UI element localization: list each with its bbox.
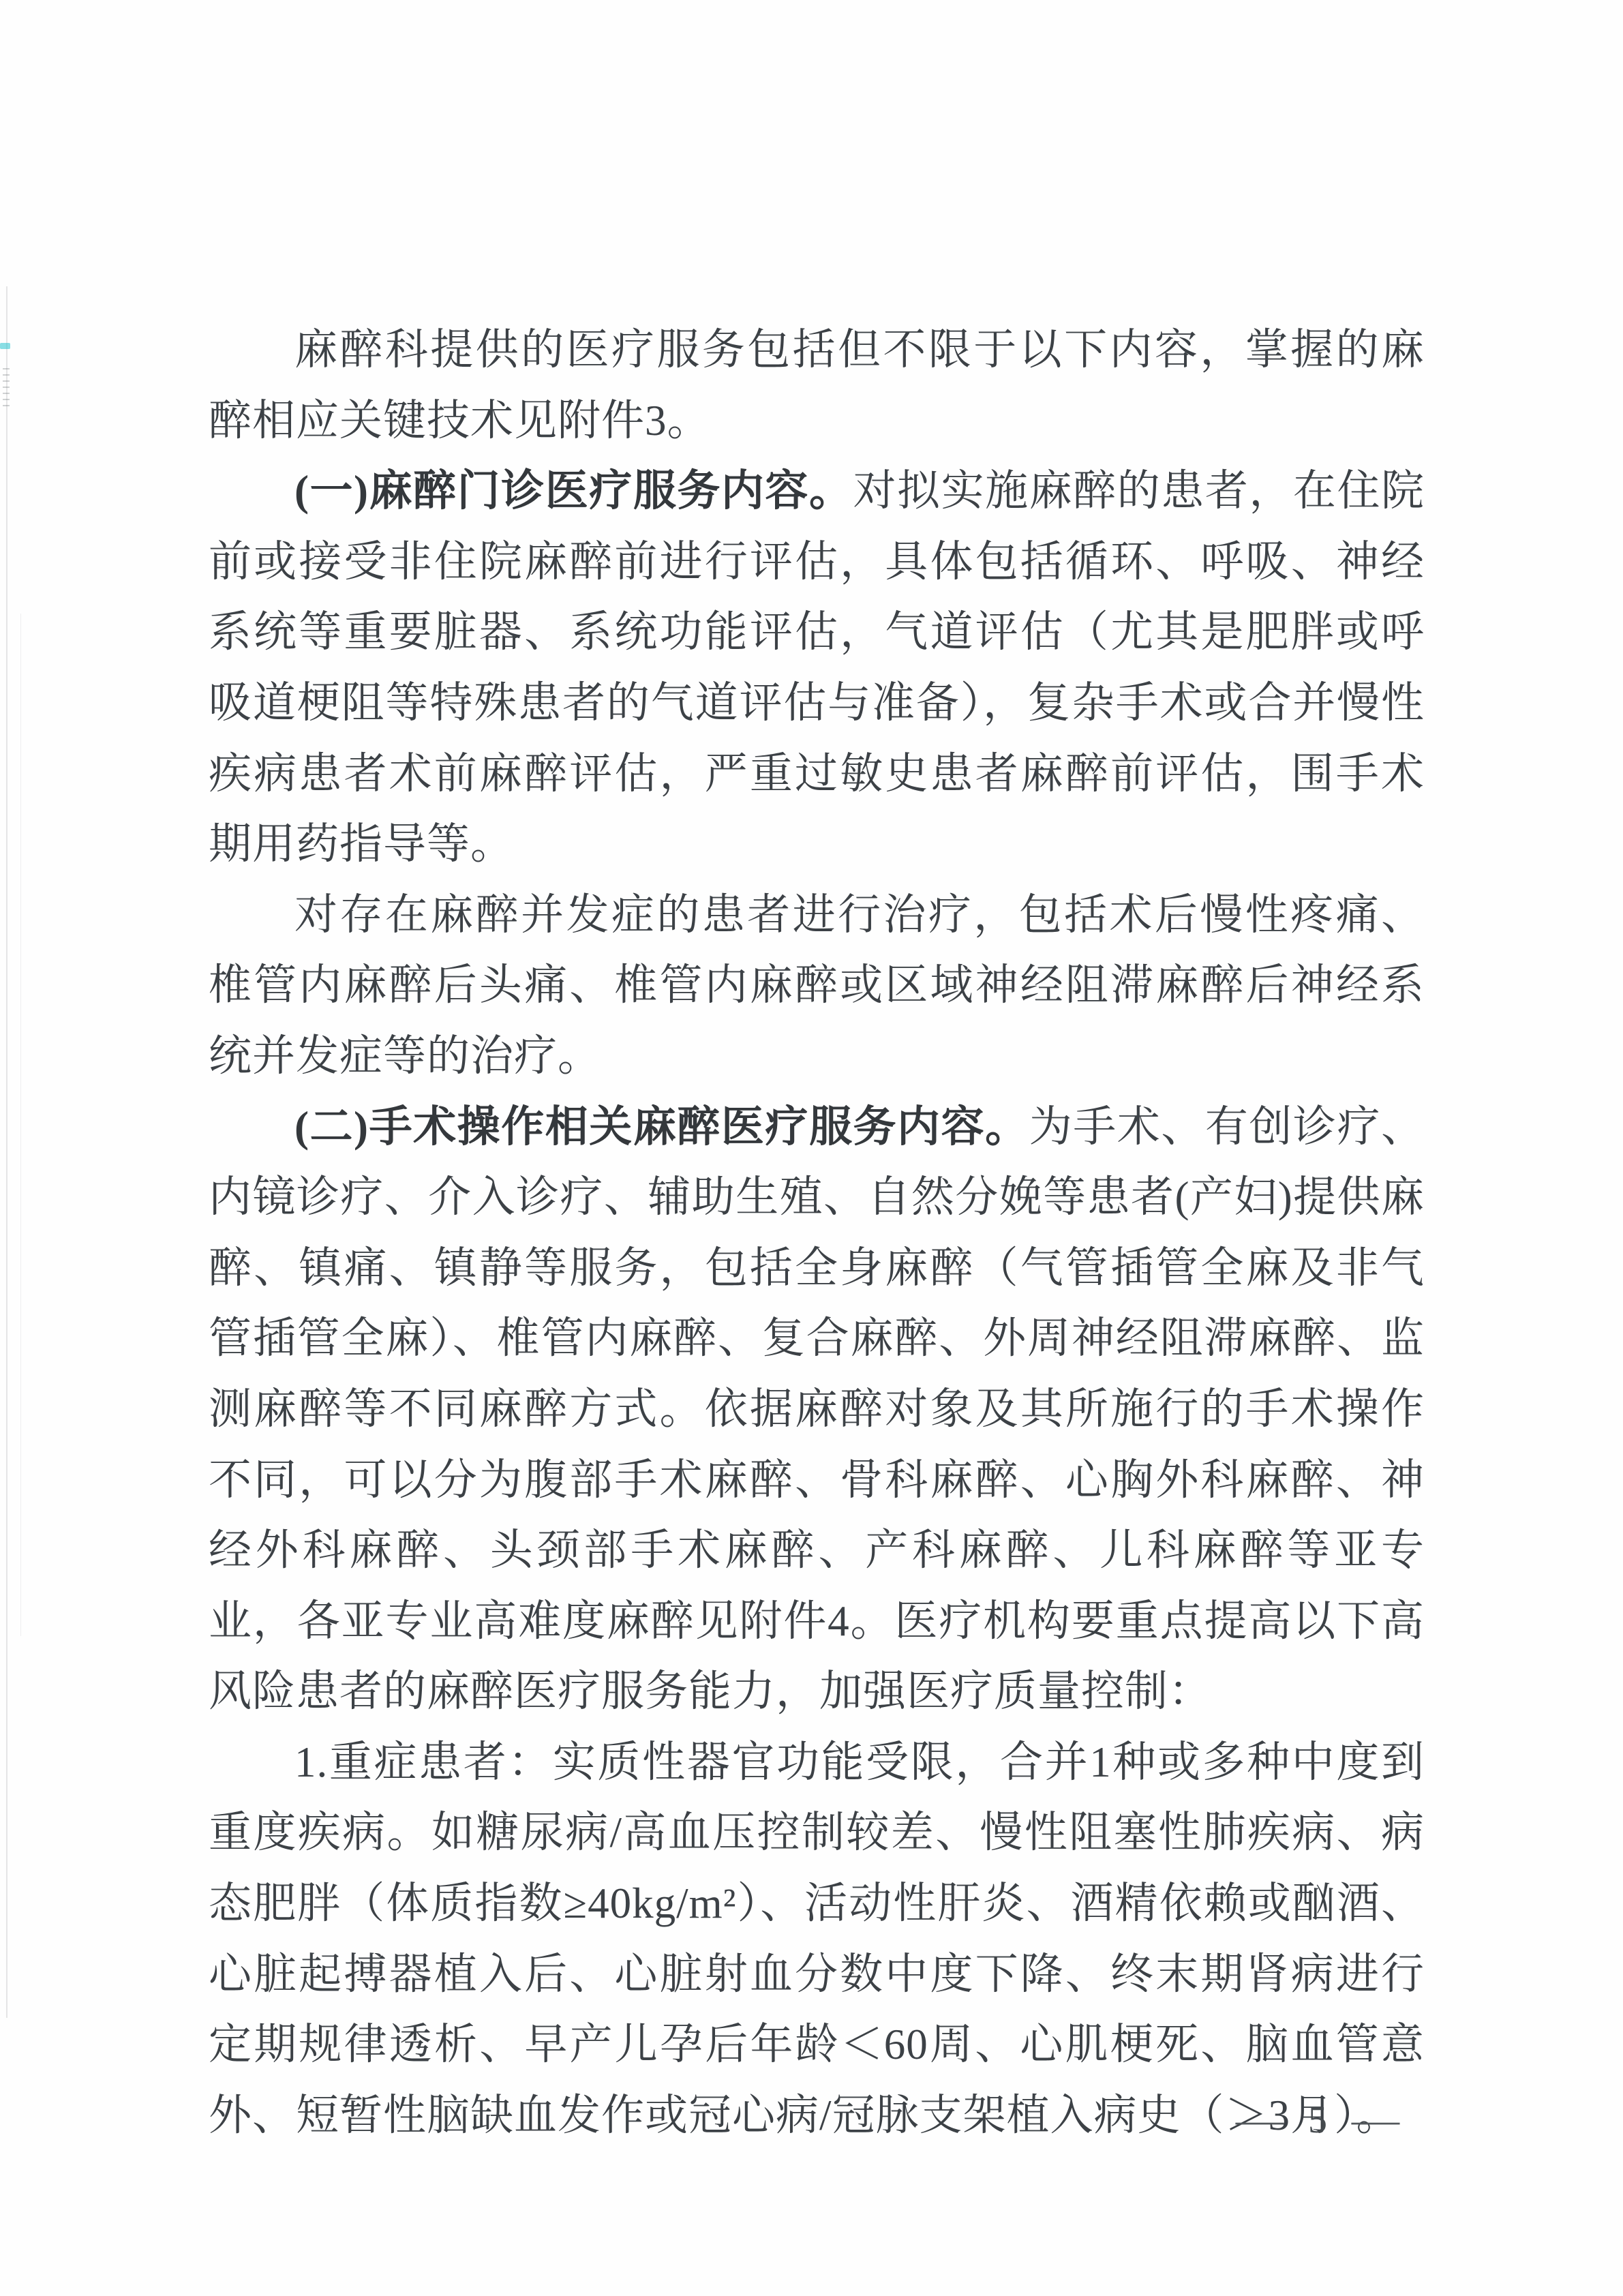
paragraph-section-1: (一)麻醉门诊医疗服务内容。对拟实施麻醉的患者，在住院前或接受非住院麻醉前进行评…: [209, 456, 1425, 880]
footer-left-dash: —: [1236, 2099, 1284, 2141]
paragraph-severe-patients: 1.重症患者：实质性器官功能受限，合并1种或多种中度到重度疾病。如糖尿病/高血压…: [209, 1727, 1425, 2151]
page-number: 5: [1308, 2098, 1327, 2142]
paragraph-section-2-head: (二)手术操作相关麻醉医疗服务内容。: [294, 1103, 1029, 1151]
paragraph-intro: 麻醉科提供的医疗服务包括但不限于以下内容，掌握的麻醉相应关键技术见附件3。: [209, 315, 1425, 456]
paragraph-section-1-head: (一)麻醉门诊医疗服务内容。: [294, 467, 853, 515]
scan-artifact-vertical-line-2: [20, 614, 21, 1636]
paragraph-severe-patients-body: 1.重症患者：实质性器官功能受限，合并1种或多种中度到重度疾病。如糖尿病/高血压…: [209, 1738, 1425, 2139]
document-page: 麻醉科提供的医疗服务包括但不限于以下内容，掌握的麻醉相应关键技术见附件3。 (一…: [0, 0, 1623, 2296]
scan-artifact-cyan-mark: [0, 343, 10, 349]
page-footer: — 5 —: [1241, 2098, 1394, 2142]
scan-artifact-vertical-line: [6, 286, 7, 2018]
paragraph-intro-body: 麻醉科提供的医疗服务包括但不限于以下内容，掌握的麻醉相应关键技术见附件3。: [209, 326, 1425, 444]
document-text-block: 麻醉科提供的医疗服务包括但不限于以下内容，掌握的麻醉相应关键技术见附件3。 (一…: [209, 315, 1425, 2151]
scan-artifact-smudge: [3, 368, 10, 409]
paragraph-section-2: (二)手术操作相关麻醉医疗服务内容。为手术、有创诊疗、内镜诊疗、介入诊疗、辅助生…: [209, 1092, 1425, 1727]
footer-right-dash: —: [1352, 2099, 1399, 2141]
paragraph-section-1-body: 对拟实施麻醉的患者，在住院前或接受非住院麻醉前进行评估，具体包括循环、呼吸、神经…: [209, 467, 1425, 868]
paragraph-complications-body: 对存在麻醉并发症的患者进行治疗，包括术后慢性疼痛、椎管内麻醉后头痛、椎管内麻醉或…: [209, 891, 1425, 1080]
paragraph-section-2-body: 为手术、有创诊疗、内镜诊疗、介入诊疗、辅助生殖、自然分娩等患者(产妇)提供麻醉、…: [209, 1103, 1425, 1716]
paragraph-complications: 对存在麻醉并发症的患者进行治疗，包括术后慢性疼痛、椎管内麻醉后头痛、椎管内麻醉或…: [209, 880, 1425, 1092]
